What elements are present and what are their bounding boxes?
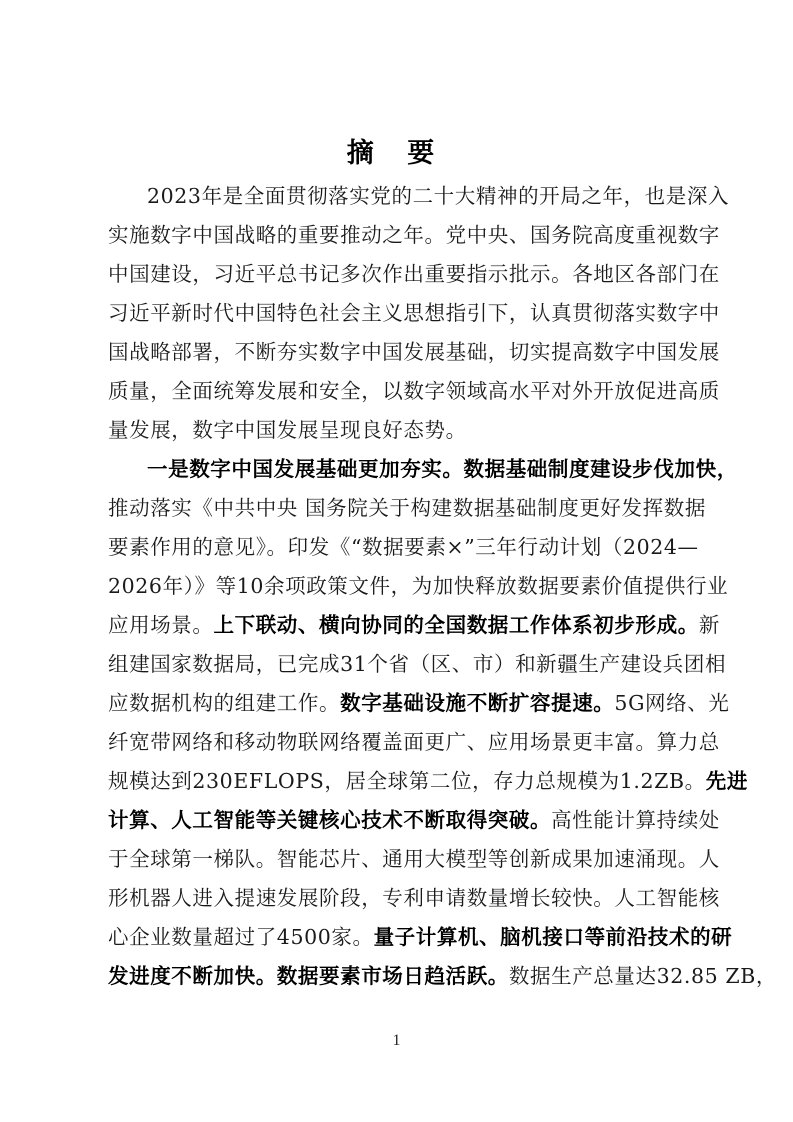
text-line: 2023年是全面贯彻落实党的二十大精神的开局之年，也是深入: [147, 177, 686, 216]
text-line: 计算、人工智能等关键核心技术不断取得突破。高性能计算持续处: [108, 801, 686, 840]
text-segment: 心企业数量超过了4500家。: [108, 925, 374, 949]
text-segment: 习近平新时代中国特色社会主义思想指引下，认真贯彻落实数字中: [108, 301, 720, 325]
text-segment: 5G网络、光: [614, 691, 729, 715]
text-segment: 应用场景。: [108, 613, 214, 637]
text-segment: 质量，全面统筹发展和安全，以数字领域高水平对外开放促进高质: [108, 379, 720, 403]
text-line: 规模达到230EFLOPS，居全球第二位，存力总规模为1.2ZB。先进: [108, 762, 686, 801]
text-line: 习近平新时代中国特色社会主义思想指引下，认真贯彻落实数字中: [108, 294, 686, 333]
text-line: 心企业数量超过了4500家。量子计算机、脑机接口等前沿技术的研: [108, 918, 686, 957]
text-line: 推动落实《中共中央 国务院关于构建数据基础制度更好发挥数据: [108, 489, 686, 528]
text-segment: 应数据机构的组建工作。: [108, 691, 340, 715]
text-line: 应用场景。上下联动、横向协同的全国数据工作体系初步形成。新: [108, 606, 686, 645]
bold-text-segment: 数字基础设施不断扩容提速。: [340, 691, 614, 715]
text-segment: 量发展，数字中国发展呈现良好态势。: [108, 418, 467, 442]
text-line: 量发展，数字中国发展呈现良好态势。: [108, 411, 686, 450]
text-segment: 于全球第一梯队。智能芯片、通用大模型等创新成果加速涌现。人: [108, 847, 720, 871]
text-segment: 2026年）》等10余项政策文件，为加快释放数据要素价值提供行业: [108, 574, 728, 598]
text-segment: 形机器人进入提速发展阶段，专利申请数量增长较快。人工智能核: [108, 886, 720, 910]
text-segment: 推动落实《中共中央 国务院关于构建数据基础制度更好发挥数据: [108, 496, 706, 520]
text-line: 于全球第一梯队。智能芯片、通用大模型等创新成果加速涌现。人: [108, 840, 686, 879]
text-segment: 国战略部署，不断夯实数字中国发展基础，切实提高数字中国发展: [108, 340, 720, 364]
document-page: 摘 要 2023年是全面贯彻落实党的二十大精神的开局之年，也是深入实施数字中国战…: [0, 0, 793, 1122]
text-segment: 纤宽带网络和移动物联网络覆盖面更广、应用场景更丰富。算力总: [108, 730, 720, 754]
page-title: 摘 要: [0, 134, 793, 174]
text-segment: 2023年是全面贯彻落实党的二十大精神的开局之年，也是深入: [147, 184, 729, 208]
text-line: 一是数字中国发展基础更加夯实。数据基础制度建设步伐加快，: [147, 450, 686, 489]
text-segment: 规模达到230EFLOPS，居全球第二位，存力总规模为1.2ZB。: [108, 769, 706, 793]
bold-text-segment: 上下联动、横向协同的全国数据工作体系初步形成。: [214, 613, 699, 637]
text-segment: 要素作用的意见》。印发《“数据要素×”三年行动计划（2024—: [108, 535, 699, 559]
text-line: 组建国家数据局，已完成31个省（区、市）和新疆生产建设兵团相: [108, 645, 686, 684]
bold-text-segment: 发进度不断加快。数据要素市场日趋活跃。: [108, 964, 509, 988]
text-line: 纤宽带网络和移动物联网络覆盖面更广、应用场景更丰富。算力总: [108, 723, 686, 762]
text-line: 发进度不断加快。数据要素市场日趋活跃。数据生产总量达32.85 ZB，: [108, 957, 686, 996]
text-line: 形机器人进入提速发展阶段，专利申请数量增长较快。人工智能核: [108, 879, 686, 918]
text-segment: 中国建设，习近平总书记多次作出重要指示批示。各地区各部门在: [108, 262, 720, 286]
text-line: 2026年）》等10余项政策文件，为加快释放数据要素价值提供行业: [108, 567, 686, 606]
page-number: 1: [0, 1032, 793, 1050]
text-line: 要素作用的意见》。印发《“数据要素×”三年行动计划（2024—: [108, 528, 686, 567]
text-segment: 实施数字中国战略的重要推动之年。党中央、国务院高度重视数字: [108, 223, 720, 247]
text-segment: 高性能计算持续处: [551, 808, 720, 832]
bold-text-segment: 先进: [706, 769, 748, 793]
text-line: 质量，全面统筹发展和安全，以数字领域高水平对外开放促进高质: [108, 372, 686, 411]
text-segment: 新: [699, 613, 720, 637]
text-line: 国战略部署，不断夯实数字中国发展基础，切实提高数字中国发展: [108, 333, 686, 372]
bold-text-segment: 计算、人工智能等关键核心技术不断取得突破。: [108, 808, 551, 832]
text-line: 应数据机构的组建工作。数字基础设施不断扩容提速。5G网络、光: [108, 684, 686, 723]
bold-text-segment: 量子计算机、脑机接口等前沿技术的研: [374, 925, 733, 949]
bold-text-segment: 一是数字中国发展基础更加夯实。数据基础制度建设步伐加快，: [147, 457, 738, 481]
text-line: 中国建设，习近平总书记多次作出重要指示批示。各地区各部门在: [108, 255, 686, 294]
text-line: 实施数字中国战略的重要推动之年。党中央、国务院高度重视数字: [108, 216, 686, 255]
text-segment: 数据生产总量达32.85 ZB，: [509, 964, 777, 988]
text-segment: 组建国家数据局，已完成31个省（区、市）和新疆生产建设兵团相: [108, 652, 726, 676]
